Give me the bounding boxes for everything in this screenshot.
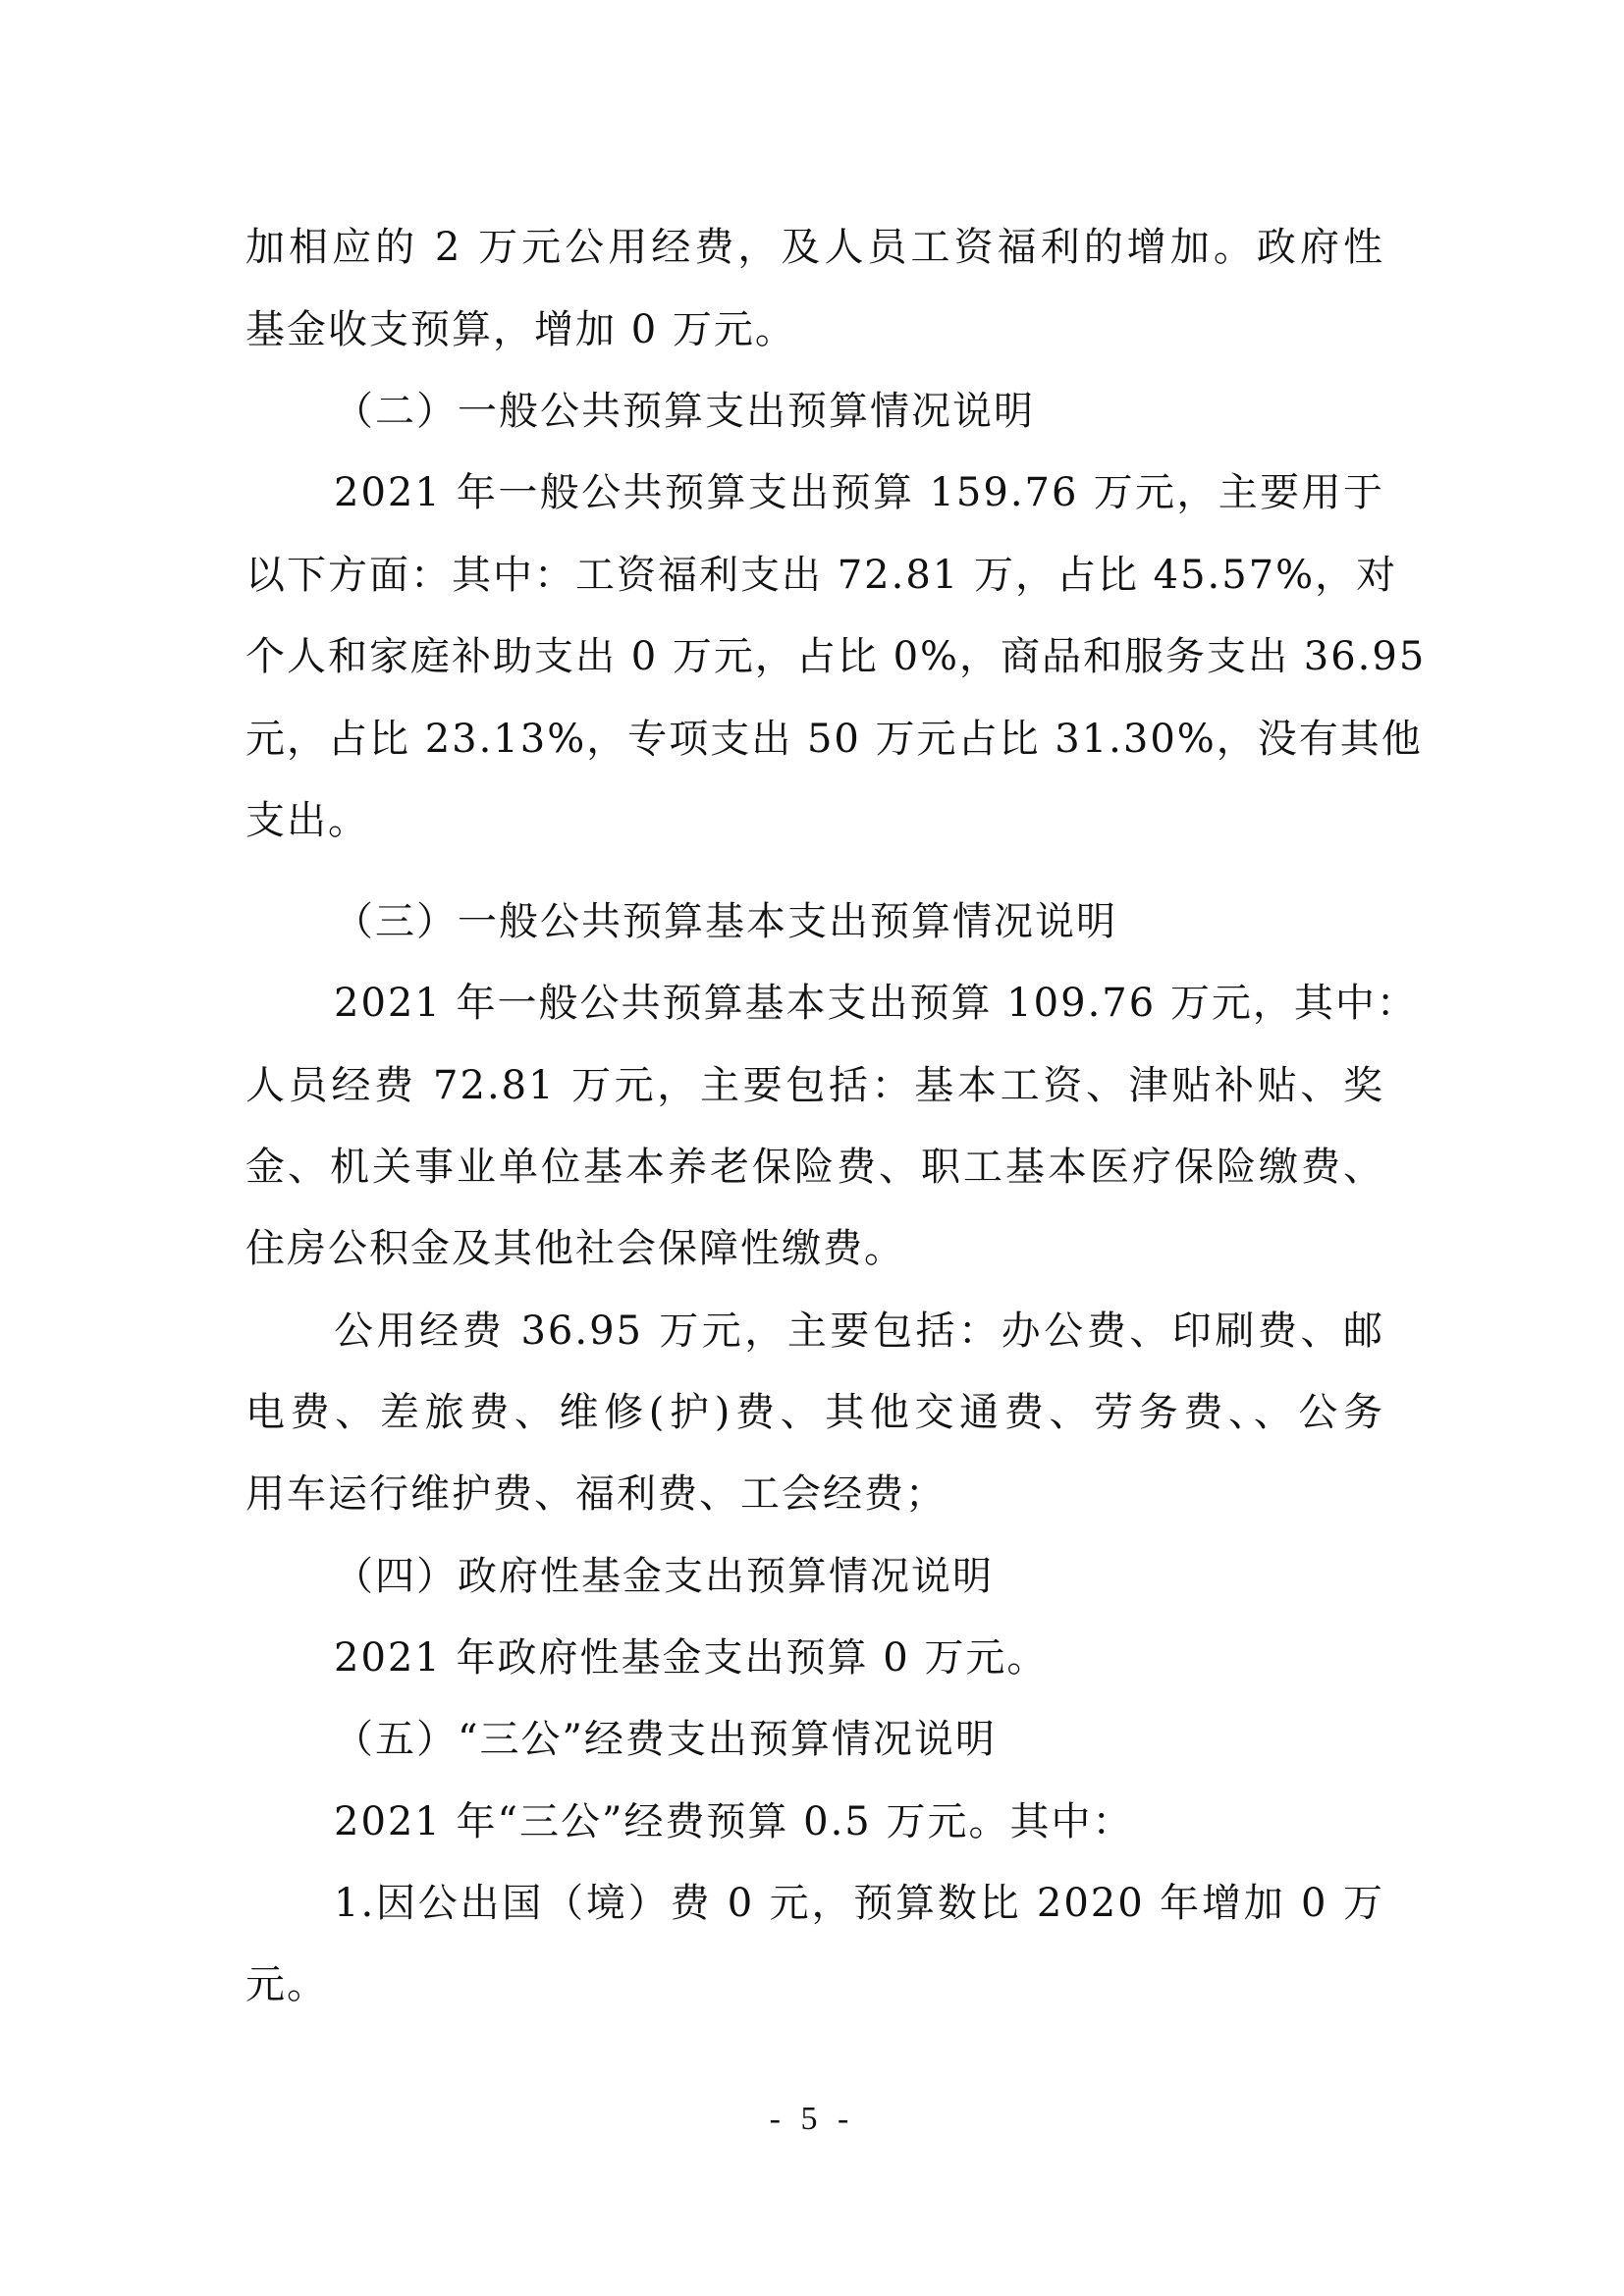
paragraph-line: 电费、差旅费、维修(护)费、其他交通费、劳务费、、公务	[245, 1387, 1384, 1438]
paragraph-line: 公用经费 36.95 万元，主要包括：办公费、印刷费、邮	[334, 1306, 1384, 1357]
document-page: 加相应的 2 万元公用经费，及人员工资福利的增加。政府性 基金收支预算，增加 0…	[0, 0, 1624, 2296]
paragraph-line: 2021 年“三公”经费预算 0.5 万元。其中：	[334, 1796, 1384, 1847]
paragraph-line: 元，占比 23.13%，专项支出 50 万元占比 31.30%，没有其他	[245, 714, 1384, 765]
paragraph-line: 用车运行维护费、福利费、工会经费；	[245, 1468, 1384, 1520]
paragraph-line: 支出。	[245, 795, 1384, 846]
section-heading-2: （二）一般公共预算支出预算情况说明	[334, 386, 1035, 437]
paragraph-line: 加相应的 2 万元公用经费，及人员工资福利的增加。政府性	[245, 222, 1384, 273]
paragraph-line: 基金收支预算，增加 0 万元。	[245, 304, 1384, 355]
paragraph-line: 1.因公出国（境）费 0 元，预算数比 2020 年增加 0 万	[334, 1878, 1384, 1929]
paragraph-line: 2021 年一般公共预算基本支出预算 109.76 万元，其中：	[334, 978, 1384, 1029]
paragraph-line: 2021 年一般公共预算支出预算 159.76 万元，主要用于	[334, 467, 1384, 518]
paragraph-line: 以下方面：其中：工资福利支出 72.81 万，占比 45.57%，对	[245, 550, 1384, 601]
paragraph-line: 金、机关事业单位基本养老保险费、职工基本医疗保险缴费、	[245, 1142, 1384, 1193]
paragraph-line: 元。	[245, 1959, 1384, 2010]
paragraph-line: 个人和家庭补助支出 0 万元，占比 0%，商品和服务支出 36.95	[245, 631, 1384, 682]
paragraph-line: 2021 年政府性基金支出预算 0 万元。	[334, 1632, 1384, 1683]
section-heading-3: （三）一般公共预算基本支出预算情况说明	[334, 896, 1117, 947]
paragraph-line: 人员经费 72.81 万元，主要包括：基本工资、津贴补贴、奖	[245, 1060, 1384, 1111]
paragraph-line: 住房公积金及其他社会保障性缴费。	[245, 1223, 1384, 1274]
section-heading-4: （四）政府性基金支出预算情况说明	[334, 1551, 994, 1602]
section-heading-5: （五）“三公”经费支出预算情况说明	[334, 1714, 997, 1765]
page-number: - 5 -	[0, 2101, 1624, 2138]
